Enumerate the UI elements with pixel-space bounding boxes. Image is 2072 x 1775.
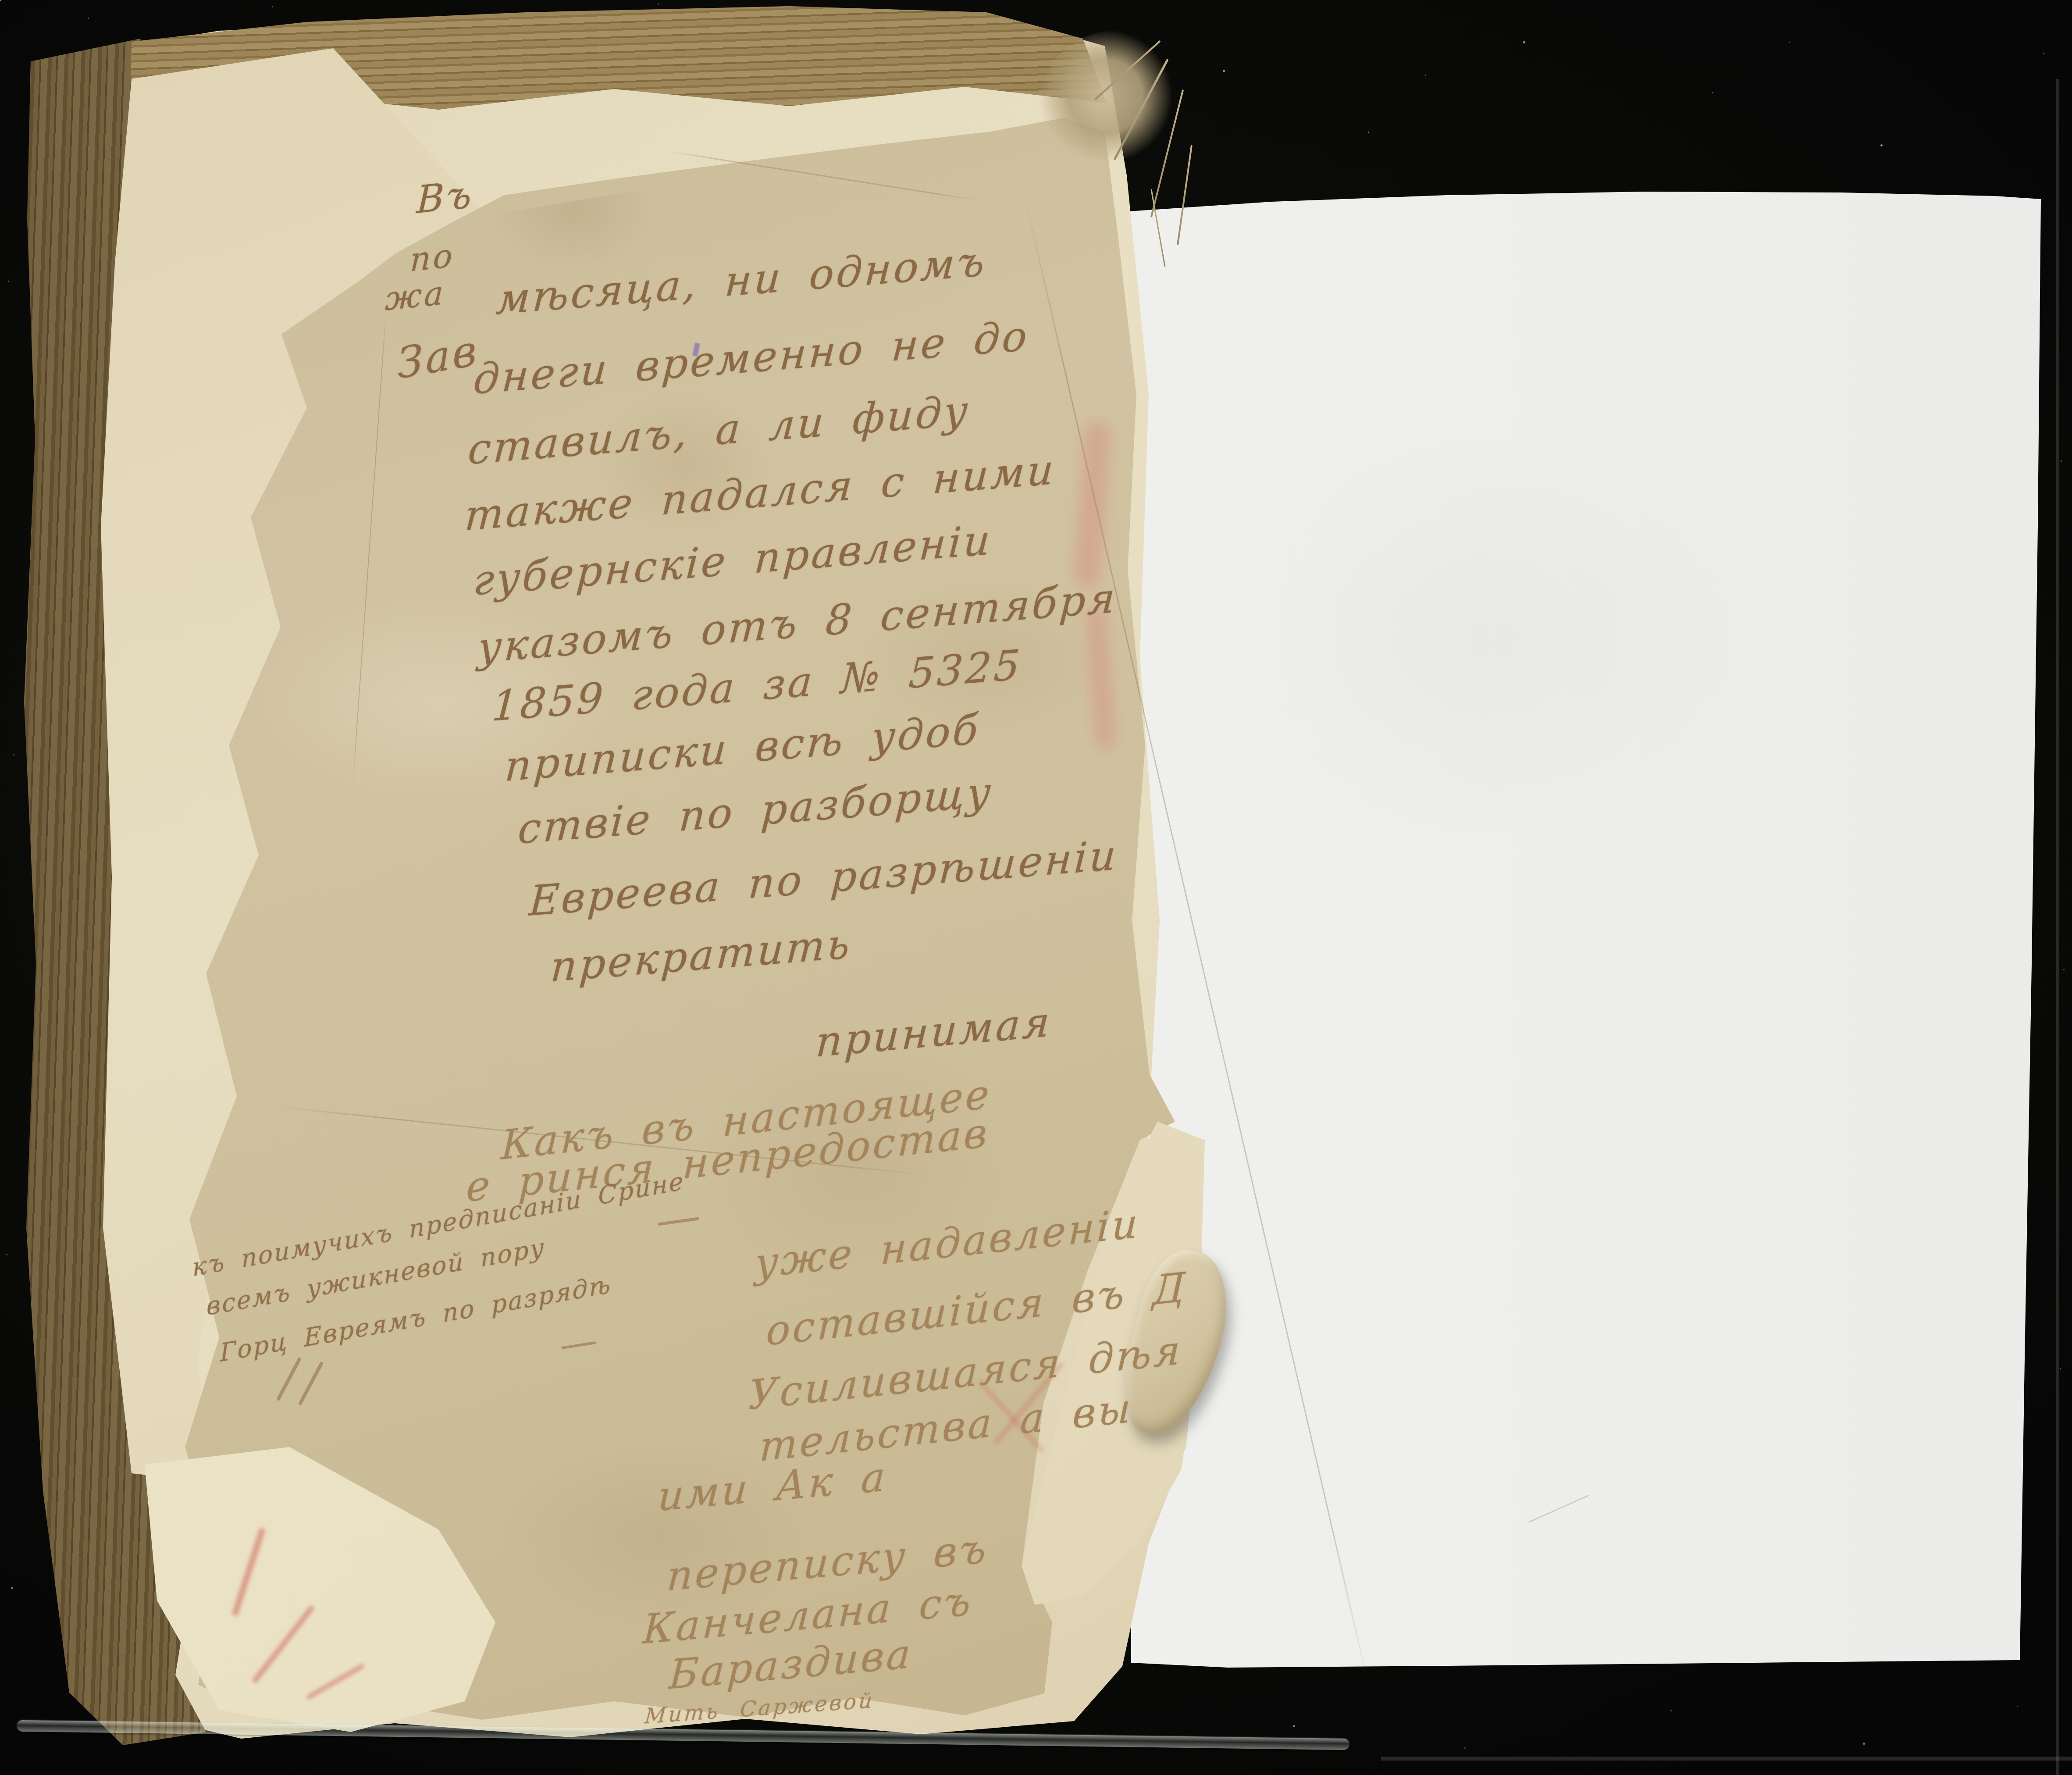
red-crayon-smudge [1074,420,1111,588]
handwriting-line-right: принимая [814,998,1054,1067]
book-under-page [0,0,2072,1775]
frayed-paper-clump [1019,17,1200,211]
red-crayon-scribble [231,1527,266,1617]
red-crayon-scribble [252,1605,315,1684]
book-left-page-stack-edge [0,0,2072,1775]
page-crease-long [1022,189,1373,1702]
paper-fibre [1150,189,1165,267]
dust-specks [0,0,1,1]
red-crayon-smudge [1086,605,1116,750]
book-top-page-stack-edge [0,0,2072,1775]
glass-plate-edge-bottom [1381,1757,2072,1761]
sheet-scratch [1528,1495,1589,1523]
page-fold-line [352,307,387,788]
page-crease-top [668,151,980,202]
glass-plate-edge-right [2056,79,2059,1775]
handwriting-fragment: Зав [393,326,483,389]
handwriting-fragment: Въ [414,172,476,222]
handwriting-line: мѣсяца, ни одномъ [494,238,988,324]
handwriting-line: ими Ак а [656,1453,889,1520]
red-crayon-scribble [306,1663,365,1700]
archival-photo-stage: Въ по жа Зав мѣсяца, ни одномъ днеги вре… [0,0,2072,1775]
handwriting-line: прекратить [549,920,854,991]
page-stains [0,0,2072,1775]
blank-white-sheet [0,0,2072,1775]
ink-slash-mark [276,1357,302,1401]
white-sheet-shadow [0,0,2072,1775]
ink-dash-mark [561,1341,596,1349]
book-middle-torn-page [0,0,2072,1775]
ink-dash-mark [658,1217,699,1226]
handwriting-fragment: по [408,237,457,279]
torn-cream-wedge [0,0,2072,1775]
book-top-page [0,0,2072,1775]
ink-slash-mark [298,1362,324,1406]
paper-fibre [1177,145,1193,245]
torn-white-fragment [0,0,2072,1775]
handwriting-fragment: жа [383,274,447,318]
book-left-stack-shading [0,0,2072,1775]
